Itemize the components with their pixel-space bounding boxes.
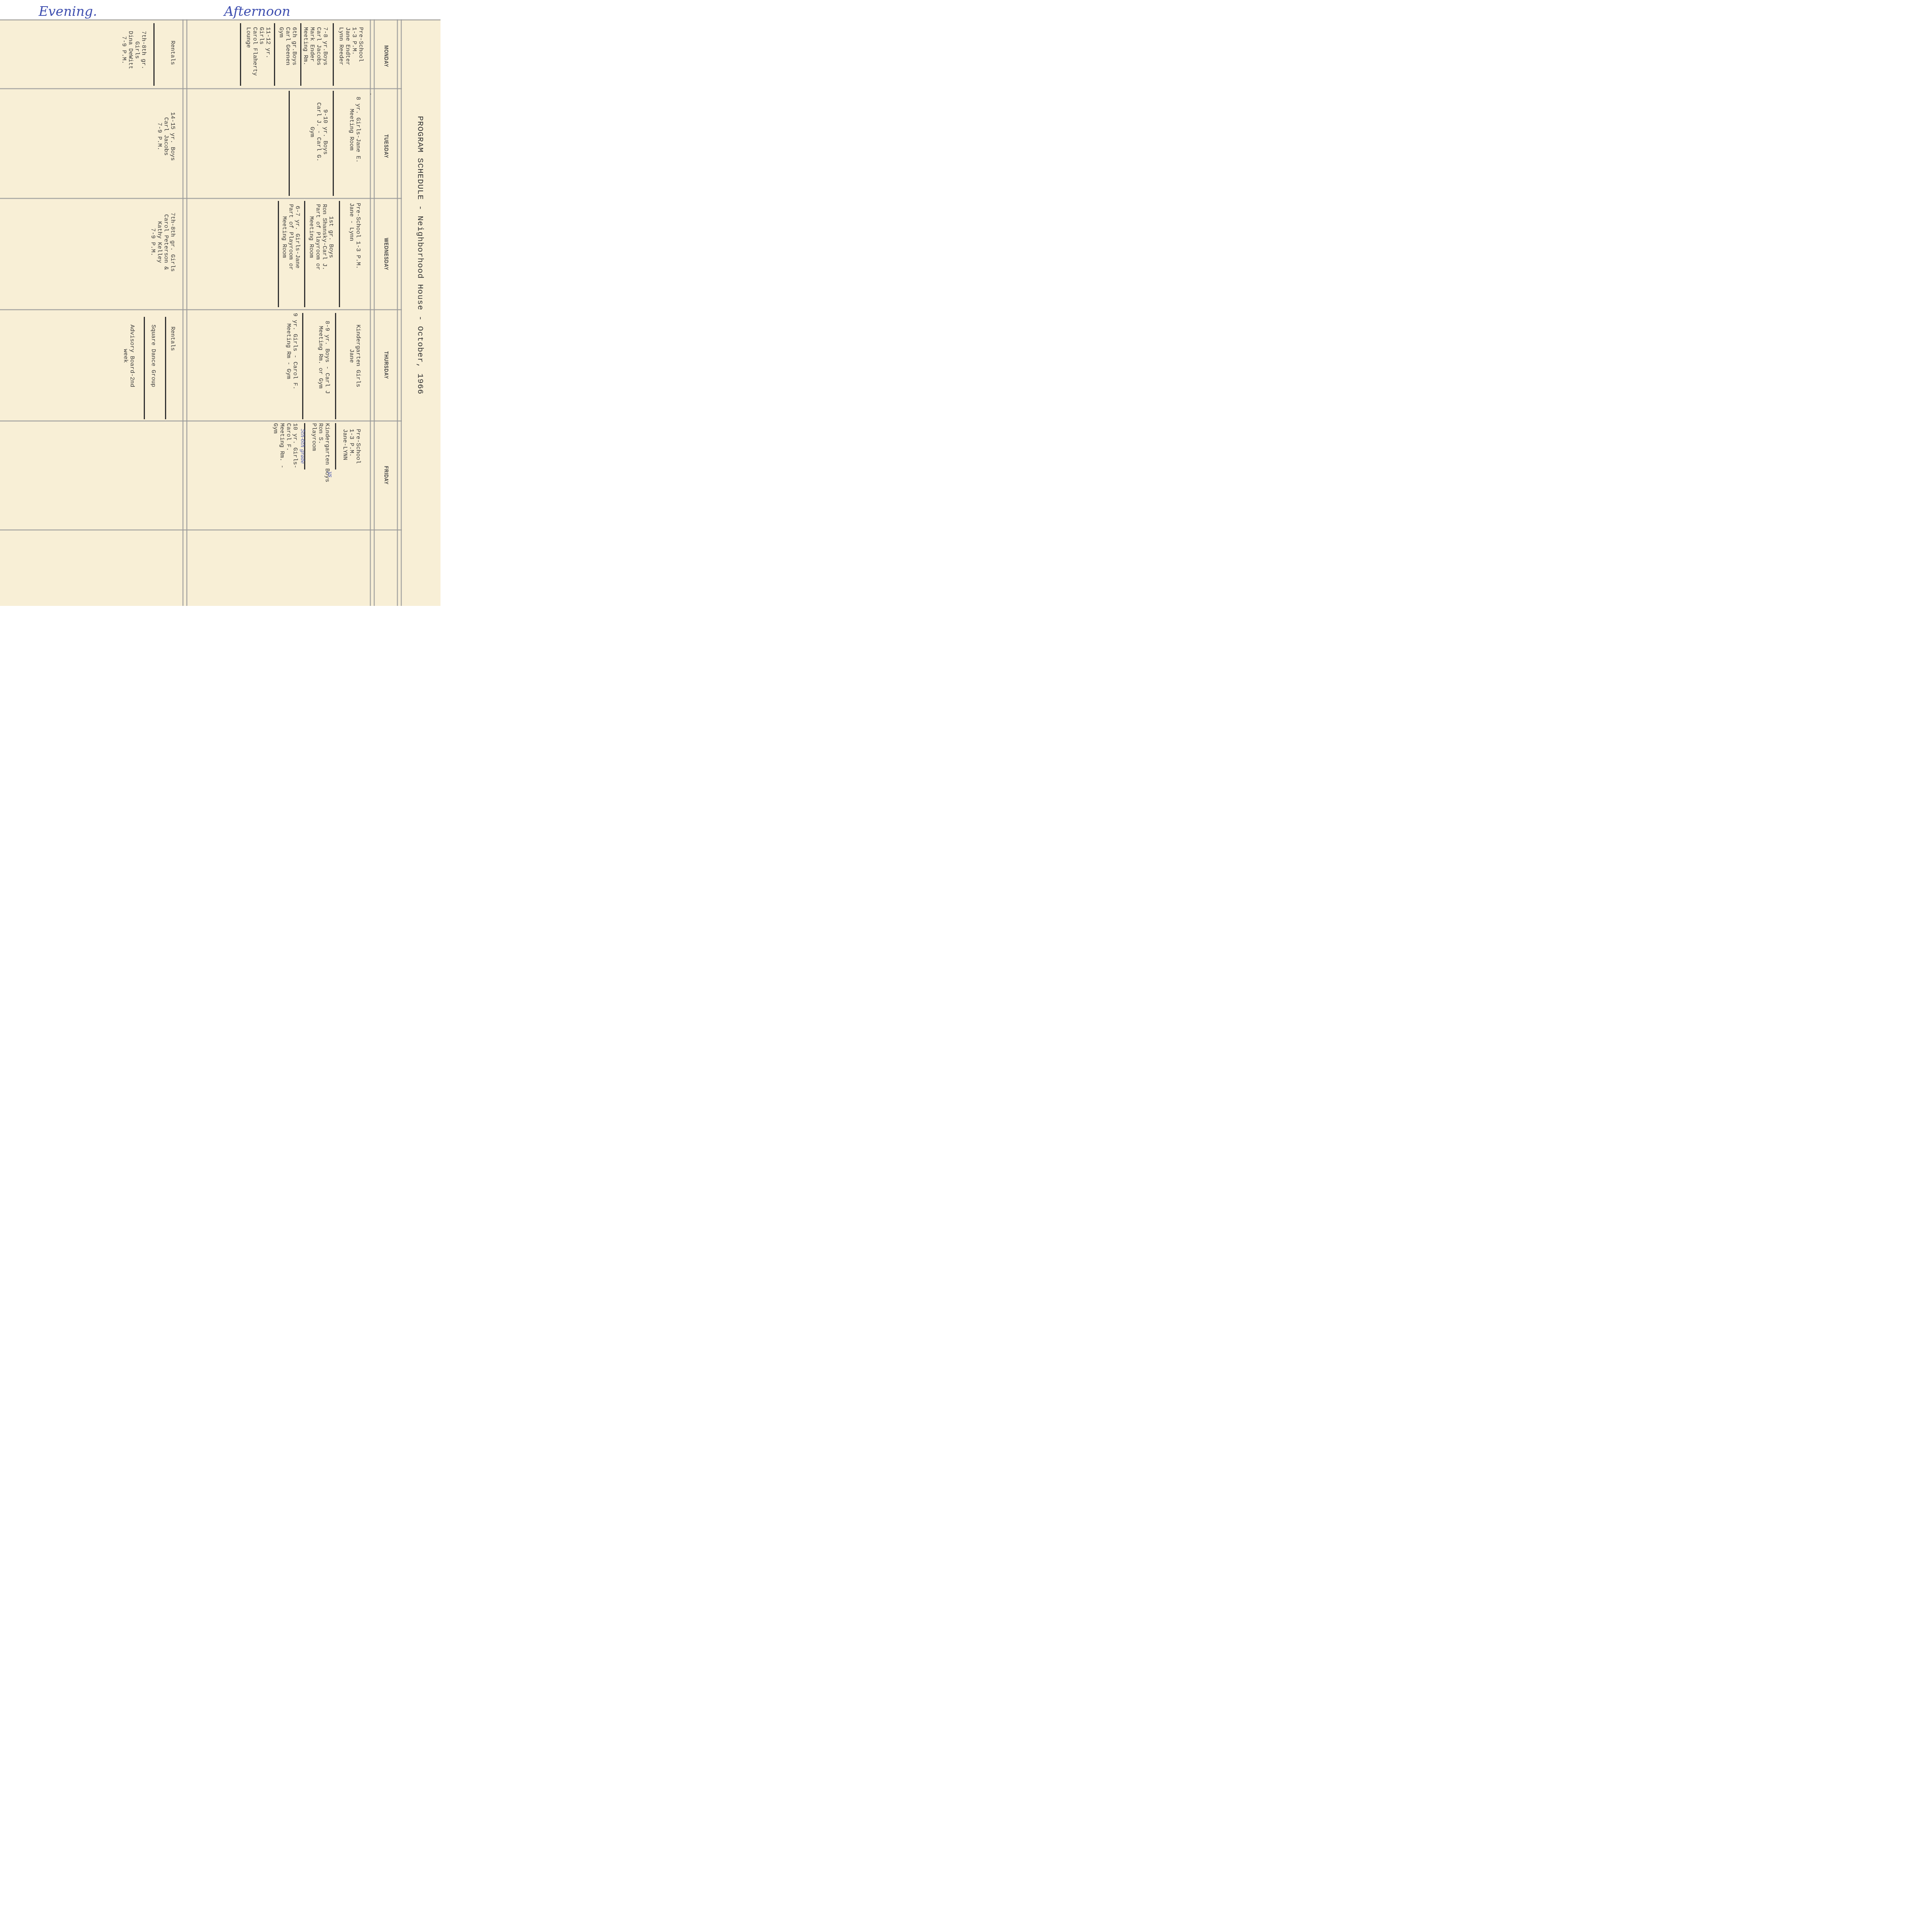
entry-separator: [335, 313, 336, 419]
entry-separator: [333, 23, 334, 86]
schedule-sheet: PROGRAM SCHEDULE - Neighborhood House - …: [0, 19, 440, 606]
monday-afternoon-entry: 6th gr.Boys Carl Geenen Gym: [278, 27, 298, 65]
wednesday-afternoon-entry: Pre-School 1-3 P.M. Jane - Lynn: [348, 203, 361, 269]
friday-afternoon-entry: 10 yr. Girls- Carol F. Meeting Rm. - Gym: [272, 423, 298, 468]
thursday-afternoon-entry: 8-9 yr. Boys - Carl J Meeting Rm. or Gym: [317, 321, 330, 394]
day-header-tuesday: TUESDAY: [383, 134, 389, 158]
section-divider-afternoon-evening: [182, 19, 184, 606]
wednesday-afternoon-entry: 6-7 yr. Girls-Jane Part of Playroom or M…: [281, 204, 301, 270]
document-title: PROGRAM SCHEDULE - Neighborhood House - …: [415, 116, 424, 395]
column-divider: [0, 309, 402, 310]
wednesday-afternoon-entry: 1st gr. Boys Ron Shansky-Carl J. Part of…: [308, 204, 334, 270]
entry-separator: [144, 317, 145, 419]
entry-separator: [165, 317, 166, 419]
thursday-evening-entry: Rentals: [169, 327, 176, 351]
column-divider: [0, 198, 402, 199]
entry-separator: [339, 201, 340, 307]
tuesday-evening-entry: 14-15 yr. Boys Carl Jacobs 7-9 P.M.: [156, 112, 176, 161]
grid-line: [401, 19, 402, 606]
day-header-friday: FRIDAY: [383, 466, 389, 485]
entry-separator: [333, 91, 334, 196]
section-divider-afternoon-evening: [186, 19, 187, 606]
friday-afternoon-entry: Pre-School 1-3 P.M. Jane-LYNN: [342, 429, 361, 464]
entry-separator: [304, 201, 305, 307]
thursday-afternoon-entry: 9 yr. Girls - Carol F. Meeting Rm - Gym: [285, 313, 298, 389]
monday-evening-entry: 7th-8th gr. Girls Dina DeWitt 7-9 P.M.: [121, 31, 147, 69]
column-divider: [0, 420, 402, 422]
wednesday-evening-entry: 7th-8th gr. Girls Carol Peterson & Kathy…: [150, 213, 176, 272]
thursday-afternoon-entry: Kindergarten Girls Jane: [348, 325, 361, 387]
document-page: PROGRAM SCHEDULE - Neighborhood House - …: [0, 19, 440, 606]
handwritten-grade-correction: 5th-6th grade: [299, 429, 305, 464]
entry-separator: [278, 201, 279, 307]
entry-separator: [335, 423, 336, 469]
handwritten-label-evening: Evening.: [39, 4, 97, 19]
day-header-thursday: THURSDAY: [383, 351, 389, 379]
entry-separator: [153, 23, 155, 86]
thursday-evening-entry: Advisory Board-2nd week: [122, 325, 135, 387]
grid-line: [397, 19, 398, 606]
entry-separator: [289, 91, 290, 196]
monday-afternoon-entry: 7-8 yr.Boys Carl Jacobs Mark Ender Meeti…: [302, 27, 328, 65]
day-header-monday: MONDAY: [383, 45, 389, 67]
day-header-wednesday: WEDNESDAY: [383, 238, 389, 270]
tuesday-afternoon-entry: 9-10 yr. Boys Carl J. - Carl G. Gym: [309, 102, 328, 162]
handwritten-label-afternoon: Afternoon: [224, 4, 290, 19]
handwritten-boys-correction: ys: [327, 471, 333, 477]
entry-separator: [302, 313, 303, 419]
entry-separator: [371, 94, 371, 95]
grid-line: [374, 19, 375, 606]
entry-separator: [274, 23, 275, 86]
monday-afternoon-entry: 11-12 yr. Girls Carol Flaherty Lounge: [245, 27, 271, 76]
tuesday-afternoon-entry: 8 yr. Girls-Jane E. Meeting Room: [348, 97, 361, 163]
column-divider: [0, 529, 402, 531]
entry-separator: [240, 23, 241, 86]
monday-afternoon-entry: Pre-School 1-3 P.M. Jane Endter Lynn Ree…: [338, 27, 364, 65]
column-divider: [0, 88, 402, 89]
thursday-evening-entry: Square Dance Group: [150, 325, 156, 387]
grid-line: [370, 19, 371, 606]
monday-evening-entry: Rentals: [169, 41, 176, 65]
entry-separator: [300, 23, 301, 86]
